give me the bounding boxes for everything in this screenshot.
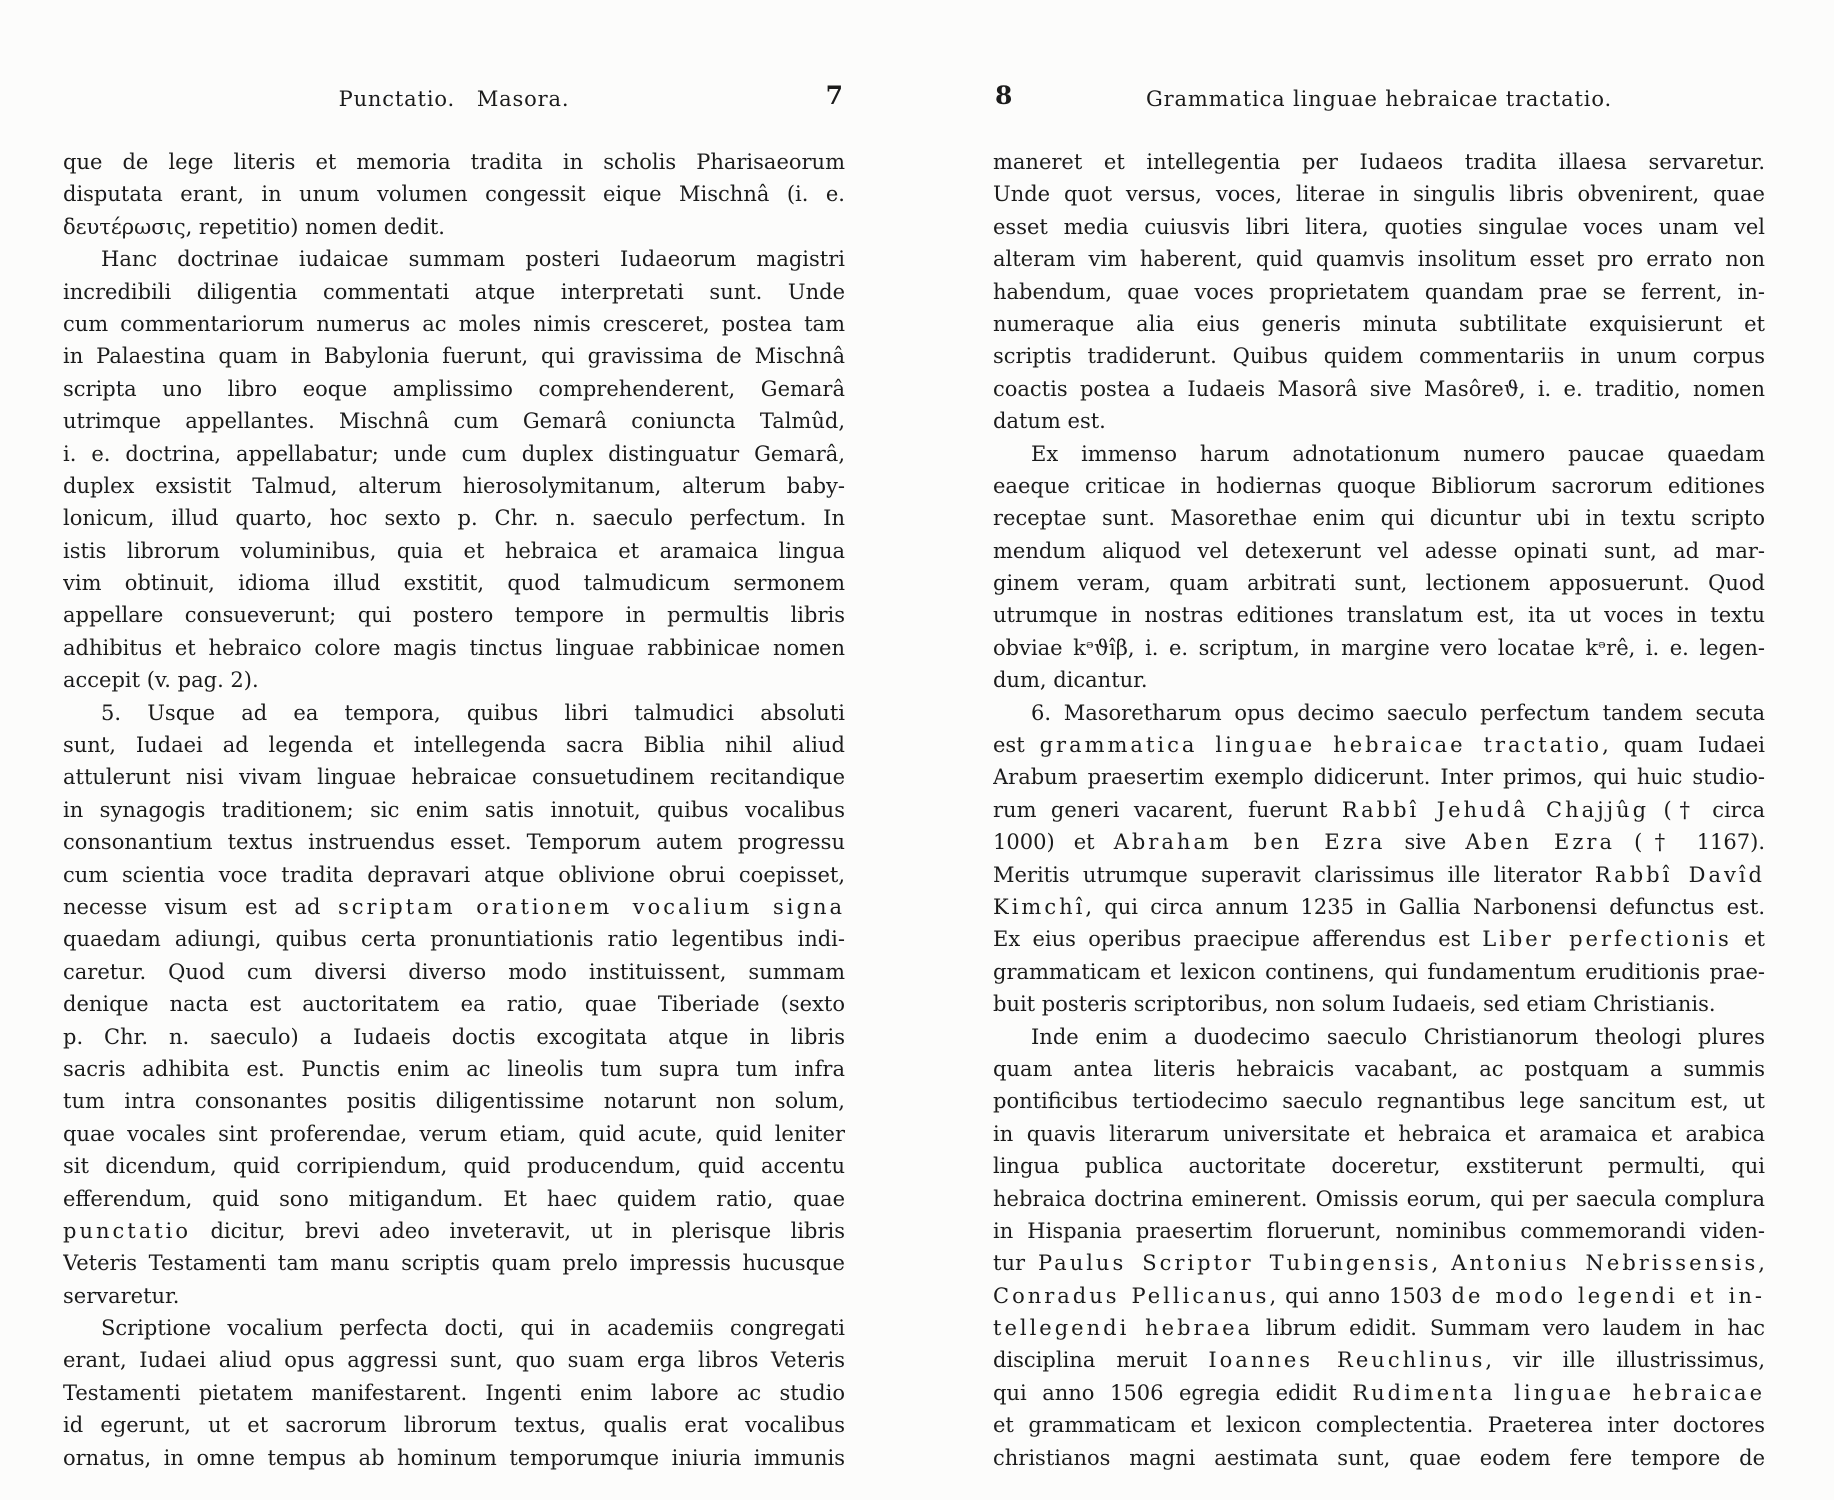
text-line: disciplina meruit Ioannes Reuchlinus, vi… <box>993 1344 1765 1376</box>
text-line: esset media cuiusvis libri litera, quoti… <box>993 211 1765 243</box>
text-line: id egerunt, ut et sacrorum librorum text… <box>63 1409 845 1441</box>
text-line: adhibitus et hebraico colore magis tinct… <box>63 632 845 664</box>
text-line: tellegendi hebraea librum edidit. Summam… <box>993 1312 1765 1344</box>
text-line: obviae kᵊϑîβ, i. e. scriptum, in margine… <box>993 632 1765 664</box>
text-line: est grammatica linguae hebraicae tractat… <box>993 729 1765 761</box>
text-line: datum est. <box>993 405 1765 437</box>
page-number-left: 7 <box>826 81 843 111</box>
text-line: Unde quot versus, voces, literae in sing… <box>993 178 1765 210</box>
running-title-left: Punctatio. Masora. <box>63 84 845 114</box>
text-line: p. Chr. n. saeculo) a Iudaeis doctis exc… <box>63 1021 845 1053</box>
text-line: alteram vim haberent, quid quamvis insol… <box>993 243 1765 275</box>
running-header-right: 8 Grammatica linguae hebraicae tractatio… <box>993 84 1765 114</box>
text-line: Ex eius operibus praecipue afferendus es… <box>993 923 1765 955</box>
text-line: grammaticam et lexicon continens, qui fu… <box>993 956 1765 988</box>
text-line: scripta uno libro eoque amplissimo compr… <box>63 373 845 405</box>
text-line: disputata erant, in unum volumen congess… <box>63 178 845 210</box>
text-line: rum generi vacarent, fuerunt Rabbî Jehud… <box>993 794 1765 826</box>
text-line: punctatio dicitur, brevi adeo inveteravi… <box>63 1215 845 1247</box>
text-line: caretur. Quod cum diversi diverso modo i… <box>63 956 845 988</box>
text-line: coactis postea a Iudaeis Masorâ sive Mas… <box>993 373 1765 405</box>
text-line: δευτέρωσις, repetitio) nomen dedit. <box>63 211 845 243</box>
text-line: i. e. doctrina, appellabatur; unde cum d… <box>63 438 845 470</box>
text-line: pontificibus tertiodecimo saeculo regnan… <box>993 1085 1765 1117</box>
text-line: in Palaestina quam in Babylonia fuerunt,… <box>63 340 845 372</box>
text-line: Scriptione vocalium perfecta docti, qui … <box>63 1312 845 1344</box>
text-line: que de lege literis et memoria tradita i… <box>63 146 845 178</box>
text-line: utrumque in nostras editiones translatum… <box>993 599 1765 631</box>
text-line: sit dicendum, quid corripiendum, quid pr… <box>63 1150 845 1182</box>
text-line: efferendum, quid sono mitigandum. Et hae… <box>63 1183 845 1215</box>
text-line: accepit (v. pag. 2). <box>63 664 845 696</box>
text-line: sunt, Iudaei ad legenda et intellegenda … <box>63 729 845 761</box>
text-line: Testamenti pietatem manifestarent. Ingen… <box>63 1377 845 1409</box>
text-line: tum intra consonantes positis diligentis… <box>63 1085 845 1117</box>
text-line: mendum aliquod vel detexerunt vel adesse… <box>993 535 1765 567</box>
running-title-right: Grammatica linguae hebraicae tractatio. <box>993 84 1765 114</box>
text-line: 5. Usque ad ea tempora, quibus libri tal… <box>63 697 845 729</box>
text-line: attulerunt nisi vivam linguae hebraicae … <box>63 761 845 793</box>
text-line: incredibili diligentia commentati atque … <box>63 276 845 308</box>
text-line: duplex exsistit Talmud, alterum hierosol… <box>63 470 845 502</box>
text-line: Arabum praesertim exemplo didicerunt. In… <box>993 761 1765 793</box>
text-line: necesse visum est ad scriptam orationem … <box>63 891 845 923</box>
text-line: Kimchî, qui circa annum 1235 in Gallia N… <box>993 891 1765 923</box>
text-line: in quavis literarum universitate et hebr… <box>993 1118 1765 1150</box>
text-line: Ex immenso harum adnotationum numero pau… <box>993 438 1765 470</box>
page-left-body: que de lege literis et memoria tradita i… <box>63 146 845 1474</box>
running-header-left: Punctatio. Masora. 7 <box>63 84 845 114</box>
text-line: dum, dicantur. <box>993 664 1765 696</box>
text-line: utrimque appellantes. Mischnâ cum Gemarâ… <box>63 405 845 437</box>
text-line: tur Paulus Scriptor Tubingensis, Antoniu… <box>993 1247 1765 1279</box>
page-right-body: maneret et intellegentia per Iudaeos tra… <box>993 146 1765 1474</box>
text-line: christianos magni aestimata sunt, quae e… <box>993 1442 1765 1474</box>
text-line: qui anno 1506 egregia edidit Rudimenta l… <box>993 1377 1765 1409</box>
text-line: cum scientia voce tradita depravari atqu… <box>63 859 845 891</box>
text-line: erant, Iudaei aliud opus aggressi sunt, … <box>63 1344 845 1376</box>
text-line: denique nacta est auctoritatem ea ratio,… <box>63 988 845 1020</box>
text-line: vim obtinuit, idioma illud exstitit, quo… <box>63 567 845 599</box>
text-line: servaretur. <box>63 1280 845 1312</box>
text-line: Meritis utrumque superavit clarissimus i… <box>993 859 1765 891</box>
text-line: 1000) et Abraham ben Ezra sive Aben Ezra… <box>993 826 1765 858</box>
text-line: in synagogis traditionem; sic enim satis… <box>63 794 845 826</box>
page-left: Punctatio. Masora. 7 que de lege literis… <box>63 84 845 1474</box>
text-line: scriptis tradiderunt. Quibus quidem comm… <box>993 340 1765 372</box>
text-line: 6. Masoretharum opus decimo saeculo perf… <box>993 697 1765 729</box>
text-line: Inde enim a duodecimo saeculo Christiano… <box>993 1021 1765 1053</box>
book-spread: Punctatio. Masora. 7 que de lege literis… <box>0 0 1834 1500</box>
text-line: lingua publica auctoritate doceretur, ex… <box>993 1150 1765 1182</box>
text-line: lonicum, illud quarto, hoc sexto p. Chr.… <box>63 502 845 534</box>
text-line: in Hispania praesertim floruerunt, nomin… <box>993 1215 1765 1247</box>
text-line: cum commentariorum numerus ac moles nimi… <box>63 308 845 340</box>
text-line: quaedam adiungi, quibus certa pronuntiat… <box>63 923 845 955</box>
text-line: quae vocales sint proferendae, verum eti… <box>63 1118 845 1150</box>
text-line: et grammaticam et lexicon complectentia.… <box>993 1409 1765 1441</box>
page-right: 8 Grammatica linguae hebraicae tractatio… <box>993 84 1765 1474</box>
text-line: Hanc doctrinae iudaicae summam posteri I… <box>63 243 845 275</box>
text-line: maneret et intellegentia per Iudaeos tra… <box>993 146 1765 178</box>
text-line: Veteris Testamenti tam manu scriptis qua… <box>63 1247 845 1279</box>
text-line: sacris adhibita est. Punctis enim ac lin… <box>63 1053 845 1085</box>
text-line: consonantium textus instruendus esset. T… <box>63 826 845 858</box>
text-line: quam antea literis hebraicis vacabant, a… <box>993 1053 1765 1085</box>
text-line: ornatus, in omne tempus ab hominum tempo… <box>63 1442 845 1474</box>
text-line: numeraque alia eius generis minuta subti… <box>993 308 1765 340</box>
text-line: buit posteris scriptoribus, non solum Iu… <box>993 988 1765 1020</box>
text-line: eaeque criticae in hodiernas quoque Bibl… <box>993 470 1765 502</box>
text-line: ginem veram, quam arbitrati sunt, lectio… <box>993 567 1765 599</box>
text-line: habendum, quae voces proprietatem quanda… <box>993 276 1765 308</box>
text-line: Conradus Pellicanus, qui anno 1503 de mo… <box>993 1280 1765 1312</box>
page-number-right: 8 <box>995 81 1012 111</box>
text-line: receptae sunt. Masorethae enim qui dicun… <box>993 502 1765 534</box>
text-line: hebraica doctrina eminerent. Omissis eor… <box>993 1183 1765 1215</box>
text-line: istis librorum voluminibus, quia et hebr… <box>63 535 845 567</box>
text-line: appellare consueverunt; qui postero temp… <box>63 599 845 631</box>
